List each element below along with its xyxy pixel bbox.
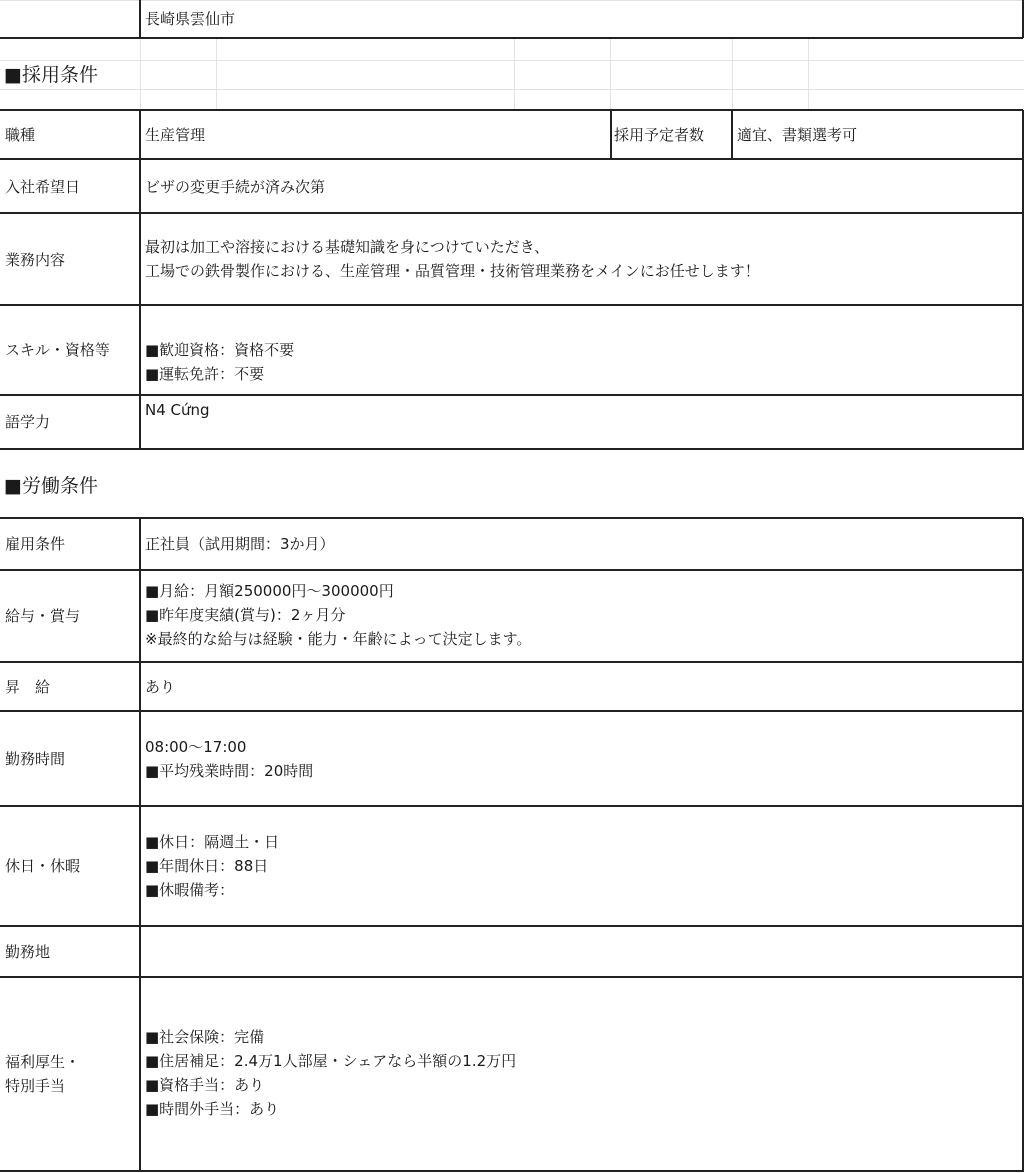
employment-label: 雇用条件 (5, 532, 65, 556)
gridline (514, 39, 515, 110)
row-border (0, 109, 1023, 111)
row-border (0, 569, 1023, 571)
benefits-line: ■社会保険：完備 (145, 1025, 264, 1049)
language-value: N4 Cứng (145, 398, 210, 422)
row-border (0, 448, 1023, 450)
skills-line: ■運転免許：不要 (145, 362, 264, 386)
row-border (0, 517, 1023, 519)
column-divider (731, 110, 733, 159)
hours-label: 勤務時間 (5, 747, 65, 771)
row-border (0, 158, 1023, 160)
salary-line: ■月給：月額250000円～300000円 (145, 579, 394, 603)
row-border (0, 394, 1023, 396)
row-border (0, 805, 1023, 807)
planned-hires-value: 適宜、書類選考可 (737, 123, 857, 147)
row-border (0, 710, 1023, 712)
gridline (140, 39, 141, 110)
salary-line: ■昨年度実績(賞与)：2ヶ月分 (145, 603, 345, 627)
skills-label: スキル・資格等 (5, 338, 110, 362)
raise-label: 昇 給 (5, 675, 50, 699)
holidays-line: ■休暇備考： (145, 878, 234, 902)
gridline (0, 89, 1024, 90)
skills-line: ■歓迎資格：資格不要 (145, 338, 294, 362)
job-description-line: 最初は加工や溶接における基礎知識を身につけていただき、 (145, 235, 549, 259)
benefits-line: ■住居補足：2.4万1人部屋・シェアなら半額の1.2万円 (145, 1049, 516, 1073)
section-title-working-conditions: ■労働条件 (4, 473, 98, 499)
gridline (610, 39, 611, 110)
start-date-label: 入社希望日 (5, 175, 80, 199)
raise-value: あり (145, 675, 175, 699)
employment-value: 正社員（試用期間：3か月） (145, 532, 335, 556)
benefits-line: ■資格手当：あり (145, 1073, 264, 1097)
benefits-line: ■時間外手当：あり (145, 1097, 279, 1121)
salary-line: ※最終的な給与は経験・能力・年齢によって決定します。 (145, 627, 531, 651)
job-description-label: 業務内容 (5, 248, 65, 272)
row-border (0, 212, 1023, 214)
salary-label: 給与・賞与 (5, 604, 80, 628)
row-border (0, 37, 1023, 39)
row-border (0, 1170, 1023, 1172)
column-divider (610, 110, 612, 159)
row-border (0, 661, 1023, 663)
row-border (0, 976, 1023, 978)
job-description-line: 工場での鉄骨製作における、生産管理・品質管理・技術管理業務をメインにお任せします… (145, 259, 760, 283)
gridline (0, 60, 1024, 61)
holidays-line: ■休日：隔週土・日 (145, 830, 279, 854)
gridline (216, 39, 217, 110)
planned-hires-label: 採用予定者数 (614, 123, 704, 147)
gridline (808, 39, 809, 110)
hours-line: 08:00～17:00 (145, 735, 246, 759)
benefits-label-line: 福利厚生・ (5, 1050, 80, 1074)
job-type-label: 職種 (5, 123, 35, 147)
row-border (0, 304, 1023, 306)
location-value: 長崎県雲仙市 (145, 7, 235, 31)
benefits-label-line: 特別手当 (5, 1074, 65, 1098)
row-border (0, 925, 1023, 927)
holidays-label: 休日・休暇 (5, 854, 80, 878)
column-divider (139, 518, 141, 1172)
gridline (0, 0, 1024, 1)
language-label: 語学力 (5, 410, 50, 434)
workplace-label: 勤務地 (5, 940, 50, 964)
hours-line: ■平均残業時間：20時間 (145, 759, 313, 783)
gridline (732, 39, 733, 110)
section-title-recruitment: ■採用条件 (4, 62, 98, 88)
column-divider (139, 0, 141, 38)
holidays-line: ■年間休日：88日 (145, 854, 268, 878)
start-date-value: ビザの変更手続が済み次第 (145, 175, 325, 199)
column-divider (139, 110, 141, 450)
job-type-value: 生産管理 (145, 123, 205, 147)
